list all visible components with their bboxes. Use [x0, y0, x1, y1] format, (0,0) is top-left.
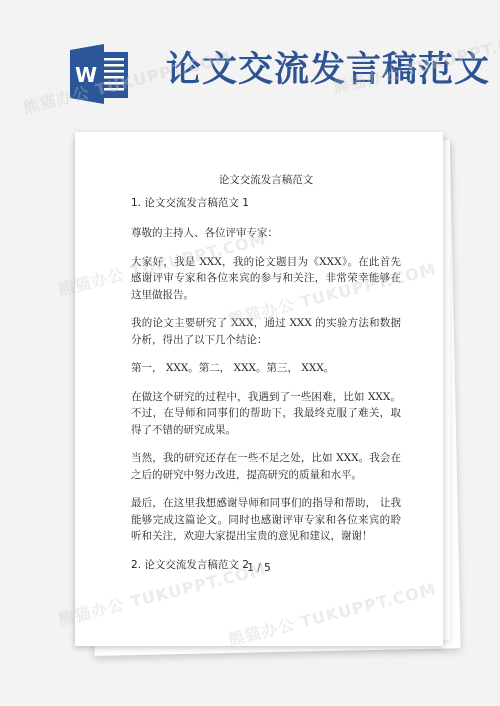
paragraph-conclusions: 第一， XXX。第二， XXX。第三， XXX。 — [131, 360, 401, 377]
document-title: 论文交流发言稿范文 — [166, 50, 490, 90]
paragraph-difficulties: 在做这个研究的过程中，我遇到了一些困难，比如 XXX。不过，在导师和同事们的帮助… — [131, 389, 401, 439]
word-document-icon: W — [70, 44, 132, 104]
section-title-1: 1. 论文交流发言稿范文 1 — [131, 195, 401, 212]
paragraph-research: 我的论文主要研究了 XXX，通过 XXX 的实验方法和数据分析，得出了以下几个结… — [131, 315, 401, 348]
svg-text:W: W — [75, 63, 97, 87]
paragraph-thanks: 最后，在这里我想感谢导师和同事们的指导和帮助， 让我能够完成这篇论文。同时也感谢… — [131, 495, 401, 545]
page-content: 论文交流发言稿范文 1. 论文交流发言稿范文 1 尊敬的主持人、各位评审专家： … — [131, 172, 401, 587]
page-heading: 论文交流发言稿范文 — [131, 172, 401, 189]
paragraph-salutation: 尊敬的主持人、各位评审专家： — [131, 225, 401, 242]
paragraph-intro: 大家好，我是 XXX，我的论文题目为《XXX》。在此首先感谢评审专家和各位来宾的… — [131, 254, 401, 304]
header: W 论文交流发言稿范文 — [0, 0, 500, 120]
page-number: 1 / 5 — [75, 562, 443, 574]
document-page: 论文交流发言稿范文 1. 论文交流发言稿范文 1 尊敬的主持人、各位评审专家： … — [75, 132, 443, 646]
watermark: 熊猫办公 TUKUPPT.COM — [225, 576, 438, 650]
paragraph-shortcomings: 当然，我的研究还存在一些不足之处，比如 XXX。我会在之后的研究中努力改进，提高… — [131, 450, 401, 483]
